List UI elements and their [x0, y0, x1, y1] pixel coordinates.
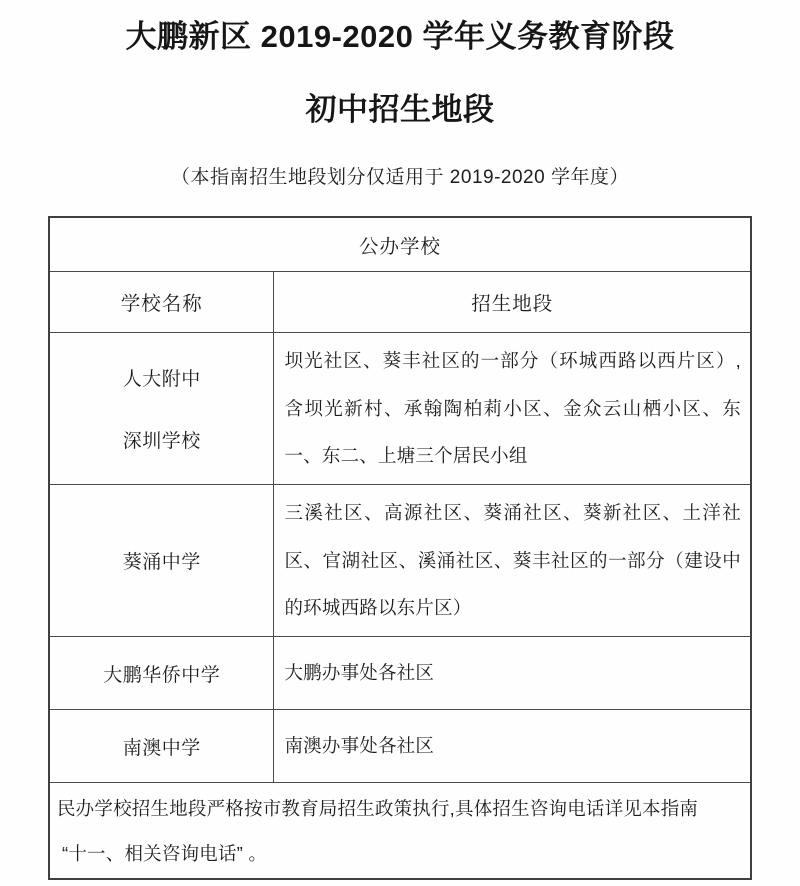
enrollment-table: 公办学校 学校名称 招生地段 人大附中 深圳学校 坝光社区、葵丰社区的一部分（环… [48, 216, 752, 880]
school-name-cell: 人大附中 深圳学校 [49, 333, 274, 485]
district-cell: 大鹏办事处各社区 [274, 637, 751, 710]
district-cell: 南澳办事处各社区 [274, 710, 751, 783]
table-row: 大鹏华侨中学 大鹏办事处各社区 [49, 637, 751, 710]
column-header-row: 学校名称 招生地段 [49, 272, 751, 333]
footnote-line1: 民办学校招生地段严格按市教育局招生政策执行,具体招生咨询电话详见本指南 [57, 786, 740, 831]
school-name-cell: 葵涌中学 [49, 485, 274, 637]
table-row: 南澳中学 南澳办事处各社区 [49, 710, 751, 783]
document-page: 大鹏新区 2019-2020 学年义务教育阶段 初中招生地段 （本指南招生地段划… [0, 0, 800, 886]
district-cell: 三溪社区、高源社区、葵涌社区、葵新社区、土洋社区、官湖社区、溪涌社区、葵丰社区的… [274, 485, 751, 637]
footnote-line2: “十一、相关咨询电话” 。 [57, 831, 740, 876]
district-cell: 坝光社区、葵丰社区的一部分（环城西路以西片区）, 含坝光新村、承翰陶柏莉小区、金… [274, 333, 751, 485]
school-name-cell: 大鹏华侨中学 [49, 637, 274, 710]
footnote-row: 民办学校招生地段严格按市教育局招生政策执行,具体招生咨询电话详见本指南 “十一、… [49, 783, 751, 880]
section-header-cell: 公办学校 [49, 217, 751, 272]
column-header-district: 招生地段 [274, 272, 751, 333]
column-header-school: 学校名称 [49, 272, 274, 333]
page-subtitle: （本指南招生地段划分仅适用于 2019-2020 学年度） [0, 162, 800, 189]
school-name-cell: 南澳中学 [49, 710, 274, 783]
page-title-line2: 初中招生地段 [0, 84, 800, 129]
table-row: 人大附中 深圳学校 坝光社区、葵丰社区的一部分（环城西路以西片区）, 含坝光新村… [49, 333, 751, 485]
school-name-line: 人大附中 [51, 364, 273, 391]
section-header-row: 公办学校 [49, 217, 751, 272]
page-title-line1: 大鹏新区 2019-2020 学年义务教育阶段 [0, 0, 800, 56]
table-row: 葵涌中学 三溪社区、高源社区、葵涌社区、葵新社区、土洋社区、官湖社区、溪涌社区、… [49, 485, 751, 637]
footnote-cell: 民办学校招生地段严格按市教育局招生政策执行,具体招生咨询电话详见本指南 “十一、… [49, 783, 751, 880]
school-name-line: 深圳学校 [51, 426, 273, 453]
